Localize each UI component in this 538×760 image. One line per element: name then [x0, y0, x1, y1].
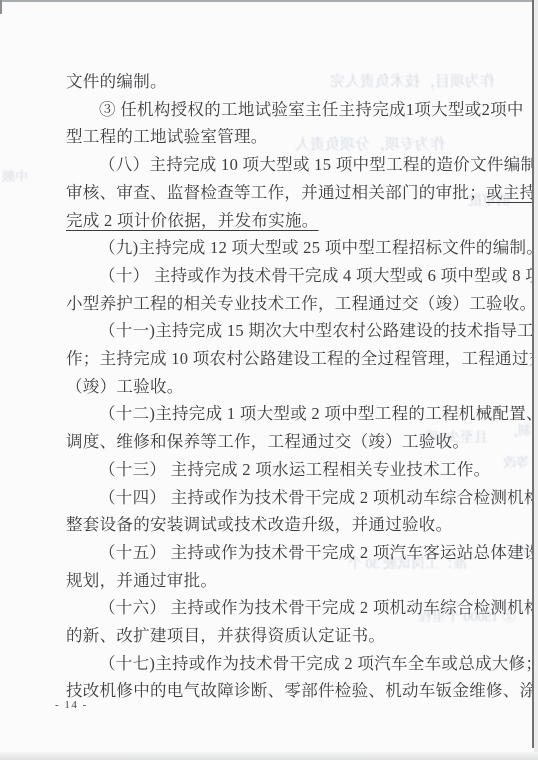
- text-segment: （竣）工验收。: [66, 377, 184, 396]
- text-segment: （八）主持完成 10 项大型或 15 项中型工程的造价文件编制、: [99, 155, 538, 174]
- text-line: （十二)主持完成 1 项大型或 2 项中型工程的工程机械配置、: [66, 400, 526, 428]
- text-segment: （十四） 主持或作为技术骨干完成 2 项机动车综合检测机构: [99, 488, 538, 507]
- text-line: ③ 任机构授权的工地试验室主任主持完成1项大型或2项中: [66, 96, 526, 124]
- text-segment: （十） 主持或作为技术骨干完成 4 项大型或 6 项中型或 8 项: [99, 266, 538, 285]
- text-segment: （九)主持完成 12 项大型或 25 项中型工程招标文件的编制。: [99, 238, 538, 257]
- text-line: 整套设备的安装调试或技术改造升级，并通过验收。: [66, 511, 526, 539]
- text-line: （十三） 主持完成 2 项水运工程相关专业技术工作。: [66, 456, 526, 484]
- text-segment: 作；主持完成 10 项农村公路建设工程的全过程管理，工程通过交: [66, 349, 538, 368]
- text-line: 文件的编制。: [66, 68, 526, 96]
- text-line: 规划，并通过审批。: [66, 567, 526, 595]
- text-segment: （十七)主持或作为技术骨干完成 2 项汽车全车或总成大修；: [99, 654, 538, 673]
- page-number: - 14 -: [55, 699, 88, 711]
- scan-edge-top: [0, 0, 538, 2]
- text-segment: ③ 任机构授权的工地试验室主任主持完成1项大型或2项中: [99, 100, 524, 119]
- text-segment: （十二)主持完成 1 项大型或 2 项中型工程的工程机械配置、: [99, 404, 538, 423]
- text-segment: 型工程的工地试验室管理。: [66, 127, 268, 146]
- scan-edge-bottom: [0, 752, 538, 760]
- scan-edge-right-strip: [534, 0, 538, 760]
- underlined-text-segment: 完成 2 项计价依据，并发布实施。: [66, 211, 319, 230]
- text-segment: 文件的编制。: [66, 72, 167, 91]
- text-line: 作；主持完成 10 项农村公路建设工程的全过程管理，工程通过交: [66, 345, 526, 373]
- text-line: 调度、维修和保养等工作，工程通过交（竣）工验收。: [66, 428, 526, 456]
- text-line: 技改机修中的电气故障诊断、零部件检验、机动车钣金维修、涂: [66, 677, 526, 705]
- text-line: （十一)主持完成 15 期次大中型农村公路建设的技术指导工: [66, 317, 526, 345]
- text-line: 的新、改扩建项目，并获得资质认定证书。: [66, 622, 526, 650]
- text-line: 完成 2 项计价依据，并发布实施。: [66, 207, 526, 235]
- document-body-text: 文件的编制。③ 任机构授权的工地试验室主任主持完成1项大型或2项中型工程的工地试…: [66, 68, 526, 705]
- text-line: 小型养护工程的相关专业技术工作，工程通过交（竣）工验收。: [66, 290, 526, 318]
- text-line: （十六） 主持或作为技术骨干完成 2 项机动车综合检测机构: [66, 594, 526, 622]
- bleedthrough-text: 中颇: [2, 166, 28, 185]
- text-line: （十四） 主持或作为技术骨干完成 2 项机动车综合检测机构: [66, 484, 526, 512]
- scan-corner-tick: [0, 0, 2, 14]
- text-segment: 规划，并通过审批。: [66, 571, 217, 590]
- text-line: （十） 主持或作为技术骨干完成 4 项大型或 6 项中型或 8 项: [66, 262, 526, 290]
- scan-edge-right-line: [532, 0, 534, 748]
- text-segment: （十六） 主持或作为技术骨干完成 2 项机动车综合检测机构: [99, 598, 538, 617]
- text-segment: 技改机修中的电气故障诊断、零部件检验、机动车钣金维修、涂: [66, 681, 536, 700]
- text-segment: （十一)主持完成 15 期次大中型农村公路建设的技术指导工: [99, 321, 534, 340]
- text-line: （十七)主持或作为技术骨干完成 2 项汽车全车或总成大修；: [66, 650, 526, 678]
- text-segment: （十五） 主持或作为技术骨干完成 2 项汽车客运站总体建设: [99, 543, 538, 562]
- scanned-document-page: 作为项目，技术负责人完作为专项，分项负责人的审批中颇且至少2项准：工岗试驶 30…: [0, 0, 538, 760]
- text-segment: 调度、维修和保养等工作，工程通过交（竣）工验收。: [66, 432, 469, 451]
- text-segment: 整套设备的安装调试或技术改造升级，并通过验收。: [66, 515, 452, 534]
- underlined-text-segment: 或主持: [486, 183, 536, 202]
- text-line: （十五） 主持或作为技术骨干完成 2 项汽车客运站总体建设: [66, 539, 526, 567]
- text-segment: 小型养护工程的相关专业技术工作，工程通过交（竣）工验收。: [66, 294, 536, 313]
- text-line: 型工程的工地试验室管理。: [66, 123, 526, 151]
- text-line: （竣）工验收。: [66, 373, 526, 401]
- text-line: （九)主持完成 12 项大型或 25 项中型工程招标文件的编制。: [66, 234, 526, 262]
- text-line: 审核、审查、监督检查等工作，并通过相关部门的审批；或主持: [66, 179, 526, 207]
- text-segment: 的新、改扩建项目，并获得资质认定证书。: [66, 626, 385, 645]
- text-segment: （十三） 主持完成 2 项水运工程相关专业技术工作。: [99, 460, 490, 479]
- text-line: （八）主持完成 10 项大型或 15 项中型工程的造价文件编制、: [66, 151, 526, 179]
- text-segment: 审核、审查、监督检查等工作，并通过相关部门的审批；: [66, 183, 486, 202]
